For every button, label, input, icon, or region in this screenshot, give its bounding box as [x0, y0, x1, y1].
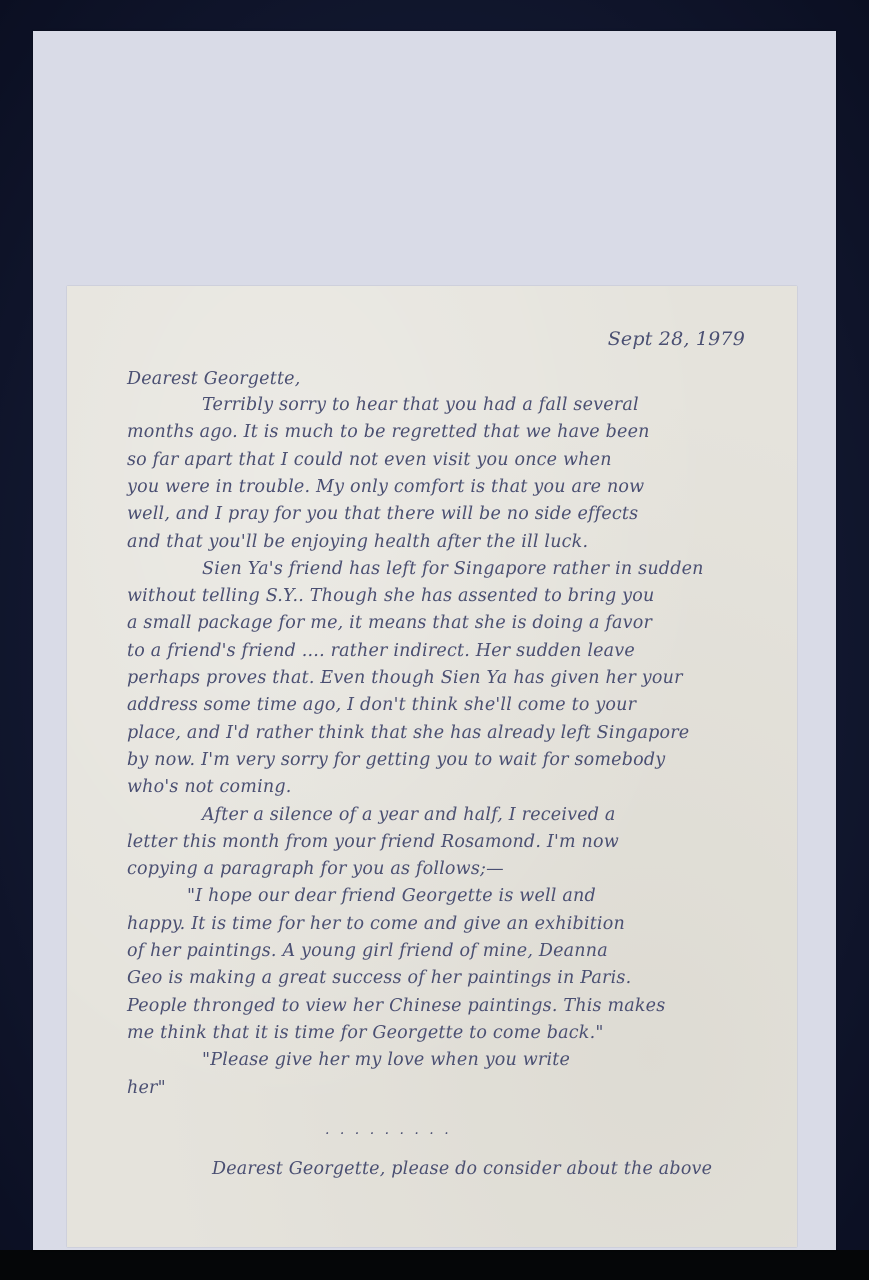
letter-line: and that you'll be enjoying health after… — [127, 529, 588, 555]
backdrop-bottom-strip — [0, 1250, 869, 1280]
letter-line: After a silence of a year and half, I re… — [202, 802, 616, 828]
letter-line: by now. I'm very sorry for getting you t… — [127, 747, 665, 773]
letter-line: perhaps proves that. Even though Sien Ya… — [127, 665, 683, 691]
letter-line: place, and I'd rather think that she has… — [127, 720, 689, 746]
letter-line: Terribly sorry to hear that you had a fa… — [202, 392, 639, 418]
letter-line: People thronged to view her Chinese pain… — [127, 993, 665, 1019]
letter-line: her" — [127, 1075, 166, 1101]
letter-line: copying a paragraph for you as follows;— — [127, 856, 504, 882]
letter-line: of her paintings. A young girl friend of… — [127, 938, 608, 964]
letter-line: a small package for me, it means that sh… — [127, 610, 652, 636]
letter-line: letter this month from your friend Rosam… — [127, 829, 619, 855]
letter-line: Geo is making a great success of her pai… — [127, 965, 631, 991]
letter-line: months ago. It is much to be regretted t… — [127, 419, 650, 445]
letter-line: address some time ago, I don't think she… — [127, 692, 636, 718]
letter-salutation: Dearest Georgette, — [127, 366, 301, 392]
letter-line: Sien Ya's friend has left for Singapore … — [202, 556, 704, 582]
letter-line: without telling S.Y.. Though she has ass… — [127, 583, 654, 609]
letter-line: so far apart that I could not even visit… — [127, 447, 612, 473]
letter-line: to a friend's friend .... rather indirec… — [127, 638, 635, 664]
letter-line: happy. It is time for her to come and gi… — [127, 911, 625, 937]
letter-line: you were in trouble. My only comfort is … — [127, 474, 644, 500]
letter-sheet: Sept 28, 1979 Dearest Georgette, Terribl… — [67, 286, 797, 1247]
ellipsis-separator: . . . . . . . . . — [325, 1122, 452, 1138]
letter-line: "I hope our dear friend Georgette is wel… — [187, 883, 596, 909]
letter-date: Sept 28, 1979 — [608, 328, 745, 350]
letter-closing-line: Dearest Georgette, please do consider ab… — [212, 1156, 712, 1182]
letter-line: who's not coming. — [127, 774, 292, 800]
letter-line: me think that it is time for Georgette t… — [127, 1020, 604, 1046]
letter-line: well, and I pray for you that there will… — [127, 501, 638, 527]
letter-line: "Please give her my love when you write — [202, 1047, 570, 1073]
